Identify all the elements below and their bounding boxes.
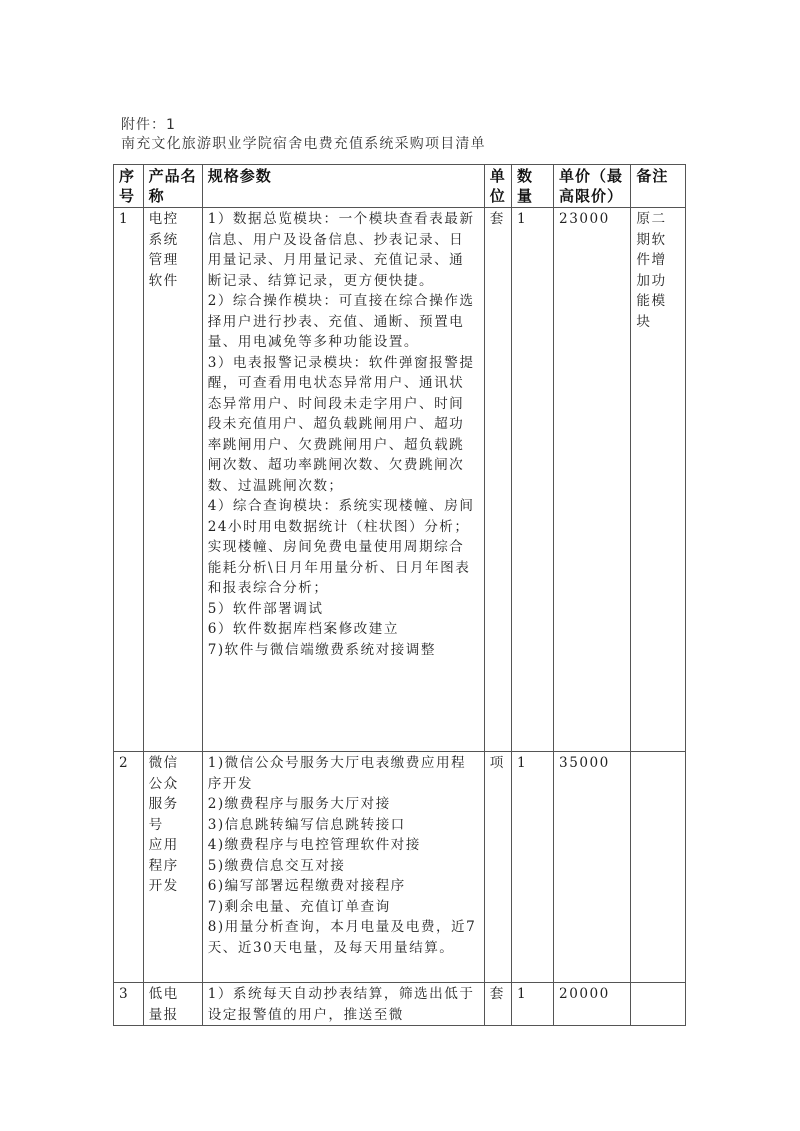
spec-item: 3)信息跳转编写信息跳转接口: [208, 815, 479, 836]
spec-item: 1）数据总览模块：一个模块查看表最新信息、用户及设备信息、抄表记录、日用量记录、…: [208, 209, 479, 291]
cell-product-name: 低电 量报: [143, 983, 202, 1026]
spec-item: 1)微信公众号服务大厅电表缴费应用程序开发: [208, 753, 479, 794]
cell-price: 20000: [554, 983, 631, 1026]
spec-item: 2）综合操作模块：可直接在综合操作选择用户进行抄表、充值、通断、预置电量、用电减…: [208, 291, 479, 353]
attachment-label: 附件：1: [121, 114, 176, 134]
spec-item: 2)缴费程序与服务大厅对接: [208, 794, 479, 815]
product-name-line: 低电: [149, 984, 197, 1005]
cell-quantity: 1: [511, 208, 553, 752]
spec-item: 6)编写部署远程缴费对接程序: [208, 876, 479, 897]
cell-product-name: 电控 系统 管理 软件: [143, 208, 202, 752]
spec-item: 5）软件部署调试: [208, 599, 479, 620]
cell-remark: 原二期软件增加功能模块: [631, 208, 686, 752]
cell-remark: [631, 983, 686, 1026]
table-row: 2 微信 公众 服务 号 应用 程序 开发 1)微信公众号服务大厅电表缴费应用程…: [114, 752, 686, 983]
spec-item: 1）系统每天自动抄表结算，筛选出低于设定报警值的用户，推送至微: [208, 984, 479, 1025]
product-name-line: 号: [149, 815, 197, 836]
table-header-row: 序号 产品名称 规格参数 单位 数量 单价（最高限价） 备注: [114, 165, 686, 208]
product-name-line: 管理: [149, 250, 197, 271]
header-unit: 单位: [484, 165, 511, 208]
document-page: 附件：1 南充文化旅游职业学院宿舍电费充值系统采购项目清单 序号 产品名称 规格…: [0, 0, 800, 1131]
cell-index: 3: [114, 983, 144, 1026]
product-name-line: 微信: [149, 753, 197, 774]
cell-unit: 套: [484, 208, 511, 752]
procurement-table: 序号 产品名称 规格参数 单位 数量 单价（最高限价） 备注 1 电控 系统 管…: [113, 164, 686, 1026]
header-price: 单价（最高限价）: [554, 165, 631, 208]
cell-price: 35000: [554, 752, 631, 983]
product-name-line: 量报: [149, 1005, 197, 1026]
header-product-name: 产品名称: [143, 165, 202, 208]
spec-item: 4)缴费程序与电控管理软件对接: [208, 835, 479, 856]
cell-product-name: 微信 公众 服务 号 应用 程序 开发: [143, 752, 202, 983]
product-name-line: 公众: [149, 774, 197, 795]
product-name-line: 应用: [149, 835, 197, 856]
cell-spec: 1）数据总览模块：一个模块查看表最新信息、用户及设备信息、抄表记录、日用量记录、…: [202, 208, 484, 752]
header-spec: 规格参数: [202, 165, 484, 208]
cell-unit: 套: [484, 983, 511, 1026]
product-name-line: 电控: [149, 209, 197, 230]
header-quantity: 数量: [511, 165, 553, 208]
product-name-line: 程序: [149, 856, 197, 877]
table-row: 1 电控 系统 管理 软件 1）数据总览模块：一个模块查看表最新信息、用户及设备…: [114, 208, 686, 752]
cell-index: 2: [114, 752, 144, 983]
product-name-line: 服务: [149, 794, 197, 815]
header-remark: 备注: [631, 165, 686, 208]
spec-item: 8)用量分析查询，本月电量及电费，近7天、近30天电量，及每天用量结算。: [208, 917, 479, 958]
product-name-line: 开发: [149, 876, 197, 897]
cell-remark: [631, 752, 686, 983]
cell-price: 23000: [554, 208, 631, 752]
spec-item: 7)剩余电量、充值订单查询: [208, 897, 479, 918]
cell-spec: 1)微信公众号服务大厅电表缴费应用程序开发 2)缴费程序与服务大厅对接 3)信息…: [202, 752, 484, 983]
cell-quantity: 1: [511, 983, 553, 1026]
spec-item: 3）电表报警记录模块：软件弹窗报警提醒，可查看用电状态异常用户、通讯状态异常用户…: [208, 353, 479, 497]
spec-item: 5)缴费信息交互对接: [208, 856, 479, 877]
product-name-line: 软件: [149, 271, 197, 292]
spec-item: 4）综合查询模块：系统实现楼幢、房间24小时用电数据统计（柱状图）分析； 实现楼…: [208, 496, 479, 599]
spec-item: 7)软件与微信端缴费系统对接调整: [208, 640, 479, 661]
cell-unit: 项: [484, 752, 511, 983]
cell-quantity: 1: [511, 752, 553, 983]
spec-item: 6）软件数据库档案修改建立: [208, 619, 479, 640]
table-row: 3 低电 量报 1）系统每天自动抄表结算，筛选出低于设定报警值的用户，推送至微 …: [114, 983, 686, 1026]
document-title: 南充文化旅游职业学院宿舍电费充值系统采购项目清单: [121, 133, 486, 153]
header-index: 序号: [114, 165, 144, 208]
cell-index: 1: [114, 208, 144, 752]
product-name-line: 系统: [149, 230, 197, 251]
cell-spec: 1）系统每天自动抄表结算，筛选出低于设定报警值的用户，推送至微: [202, 983, 484, 1026]
